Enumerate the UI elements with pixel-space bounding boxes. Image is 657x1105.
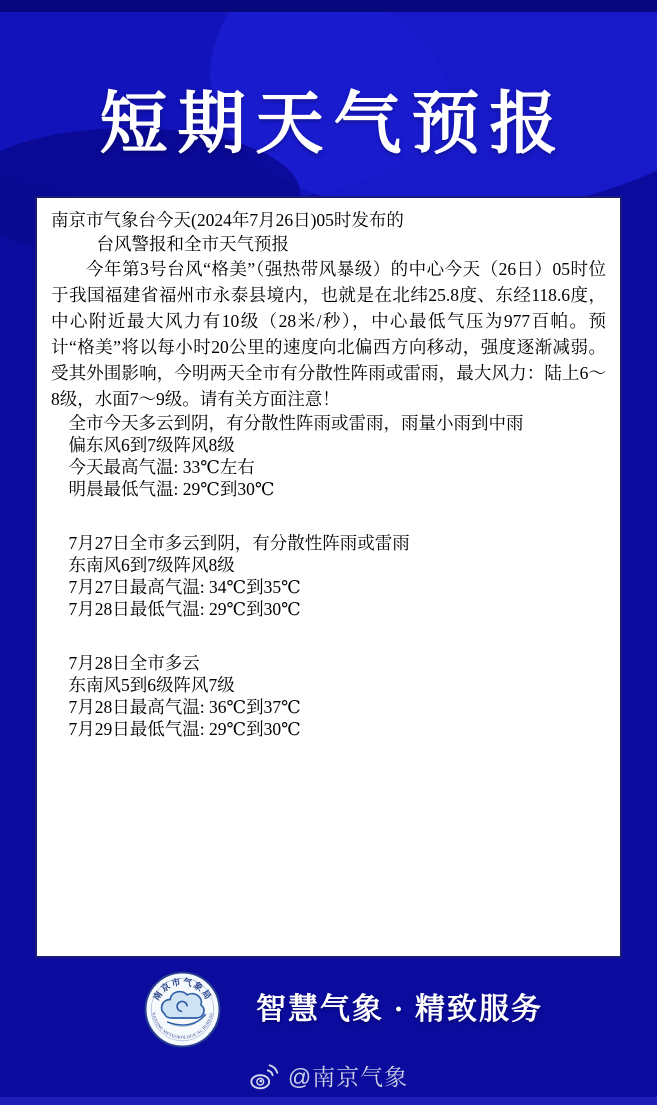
forecast-line: 今天最高气温: 33℃左右: [51, 456, 606, 478]
forecast-section-july27: 7月27日全市多云到阴，有分散性阵雨或雷雨 东南风6到7级阵风8级 7月27日最…: [51, 532, 606, 620]
forecast-line: 东南风5到6级阵风7级: [51, 674, 606, 696]
forecast-line: 7月28日最高气温: 36℃到37℃: [51, 696, 606, 718]
bottom-light-band: [0, 1097, 657, 1105]
forecast-line: 7月27日全市多云到阴，有分散性阵雨或雷雨: [51, 532, 606, 554]
forecast-line: 7月28日全市多云: [51, 652, 606, 674]
weibo-icon: [249, 1062, 279, 1092]
weibo-handle[interactable]: @南京气象: [288, 1059, 408, 1092]
weibo-credit: @南京气象: [0, 1058, 657, 1092]
footer-slogan: 智慧气象 · 精致服务: [256, 984, 543, 1028]
forecast-section-today: 全市今天多云到阴，有分散性阵雨或雷雨，雨量小雨到中雨 偏东风6到7级阵风8级 今…: [51, 412, 606, 500]
forecast-section-july28: 7月28日全市多云 东南风5到6级阵风7级 7月28日最高气温: 36℃到37℃…: [51, 652, 606, 740]
weather-forecast-poster: 短期天气预报 南京市气象台今天(2024年7月26日)05时发布的 台风警报和全…: [0, 0, 657, 1105]
forecast-line: 7月29日最低气温: 29℃到30℃: [51, 718, 606, 740]
forecast-bulletin-card: 南京市气象台今天(2024年7月26日)05时发布的 台风警报和全市天气预报 今…: [35, 196, 622, 958]
forecast-line: 偏东风6到7级阵风8级: [51, 434, 606, 456]
forecast-line: 7月28日最低气温: 29℃到30℃: [51, 598, 606, 620]
forecast-line: 7月27日最高气温: 34℃到35℃: [51, 576, 606, 598]
poster-title: 短期天气预报: [0, 70, 657, 167]
typhoon-status-paragraph: 今年第3号台风“格美”（强热带风暴级）的中心今天（26日）05时位于我国福建省福…: [51, 256, 606, 412]
forecast-line: 全市今天多云到阴，有分散性阵雨或雷雨，雨量小雨到中雨: [51, 412, 606, 434]
nanjing-meteorological-bureau-logo: 南京市气象局 NANJING METEOROLOGICAL BUREAU: [144, 971, 221, 1048]
forecast-line: 明晨最低气温: 29℃到30℃: [51, 478, 606, 500]
issued-by-line: 南京市气象台今天(2024年7月26日)05时发布的: [51, 208, 606, 232]
top-dark-band: [0, 0, 657, 12]
bulletin-subtitle: 台风警报和全市天气预报: [51, 232, 606, 256]
forecast-line: 东南风6到7级阵风8级: [51, 554, 606, 576]
